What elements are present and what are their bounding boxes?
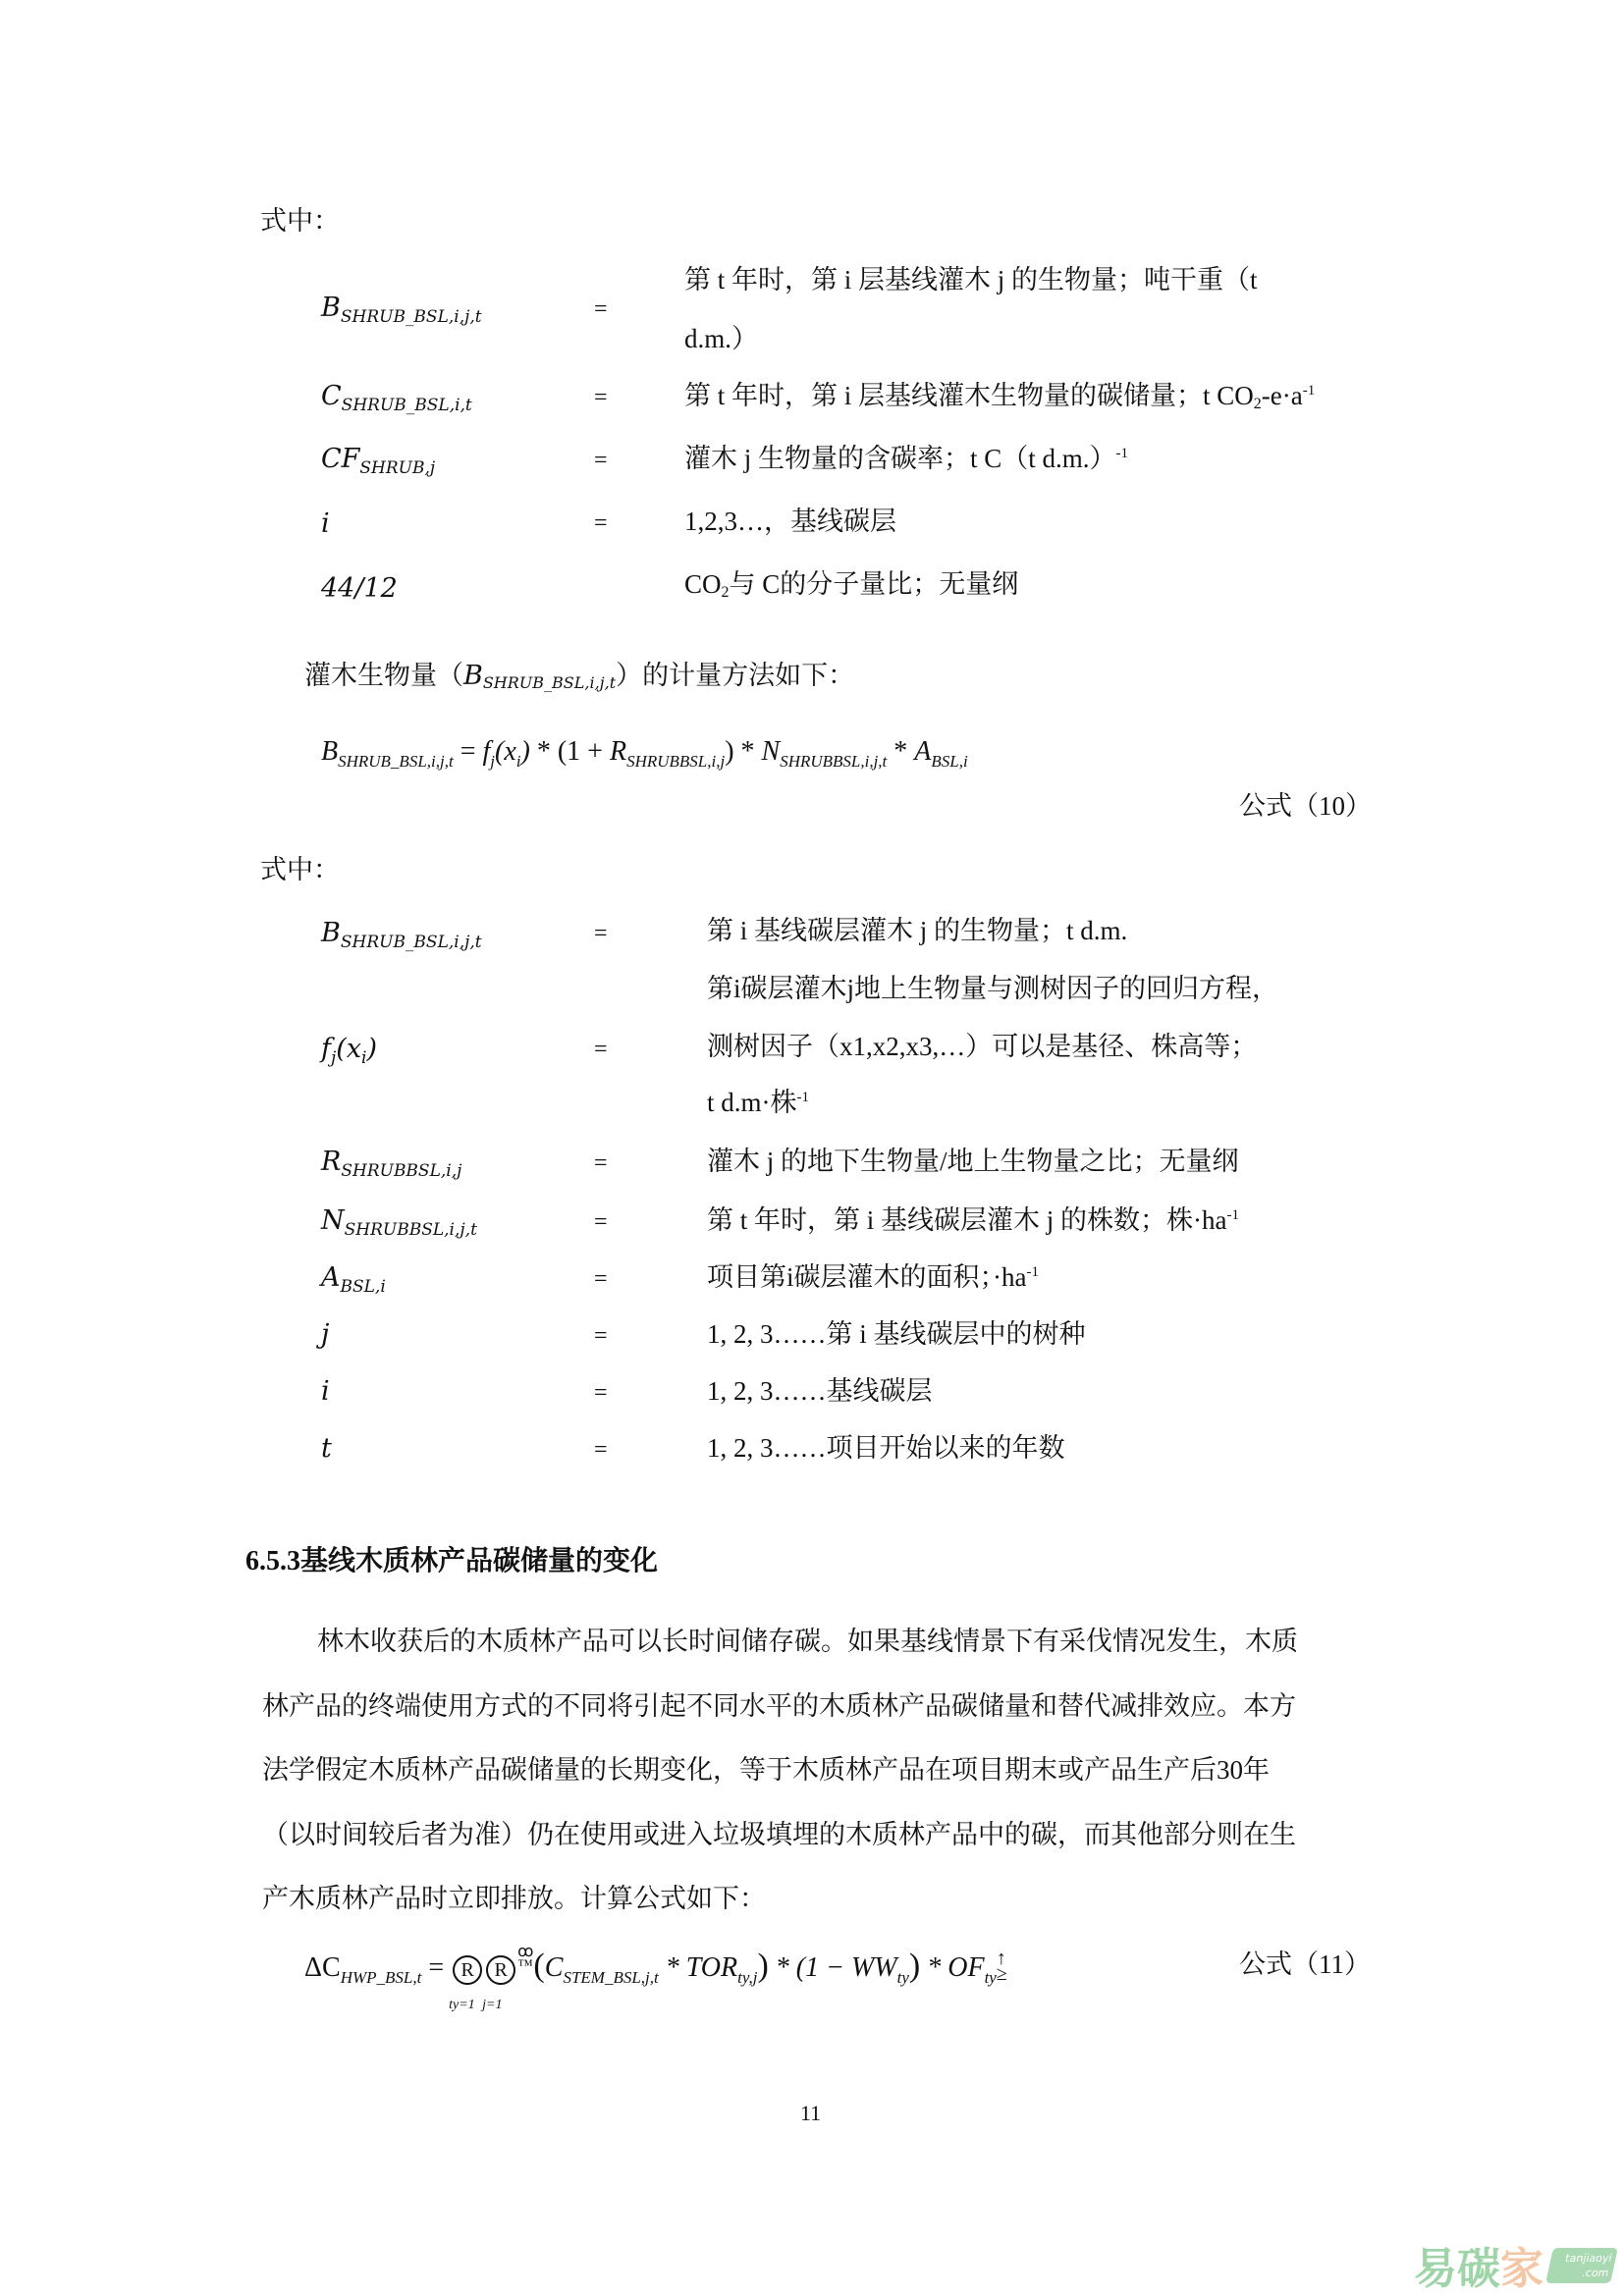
symbol-root-shoot-ratio: RSHRUBBSL,i,j — [321, 1147, 461, 1181]
tor-symbol: * TOR — [659, 1952, 737, 1983]
definition-main: 第 t 年时，第 i 基线碳层灌木 j 的株数；株·ha — [707, 1205, 1226, 1235]
definition-tail: -e·a — [1262, 381, 1303, 410]
section-paragraph: 林木收获后的木质林产品可以长时间储存碳。如果基线情景下有采伐情况发生，木质 林产… — [262, 1610, 1381, 1932]
operator: * — [887, 736, 914, 767]
count-symbol: N — [762, 736, 781, 767]
paragraph-line: （以时间较后者为准）仍在使用或进入垃圾填埋的木质林产品中的碳，而其他部分则在生 — [262, 1803, 1381, 1868]
tor-subscript: ty,j — [737, 1968, 757, 1987]
definition-text: 第 t 年时，第 i 基线碳层灌木 j 的株数；株·ha-1 — [707, 1207, 1239, 1234]
equals-sign: = — [594, 1323, 608, 1350]
badge-line-1: tanjiaoyi — [1549, 2251, 1613, 2266]
symbol-subscript: SHRUBBSL,i,j — [341, 1161, 461, 1181]
definition-subscript: 2 — [1254, 396, 1262, 412]
paragraph-line: 林木收获后的木质林产品可以长时间储存碳。如果基线情景下有采伐情况发生，木质 — [262, 1610, 1381, 1675]
garbled-glyph: ꝏ™ — [517, 1946, 533, 1973]
definition-superscript: -1 — [797, 1090, 810, 1105]
arg-close: ) — [366, 1034, 377, 1064]
intro-after: ）的计量方法如下： — [616, 661, 854, 690]
definition-text: 1, 2, 3……第 i 基线碳层中的树种 — [707, 1321, 1086, 1348]
area-subscript: BSL,i — [931, 752, 967, 771]
operator: ) * — [725, 736, 761, 767]
definition-text: CO2与 C的分子量比；无量纲 — [684, 571, 1018, 601]
symbol-plant-count: NSHRUBBSL,i,j,t — [321, 1205, 477, 1240]
paragraph-line: 林产品的终端使用方式的不同将引起不同水平的木质林产品碳储量和替代减排效应。本方 — [262, 1675, 1381, 1739]
symbol-subscript: SHRUB,j — [359, 458, 435, 478]
page-number: 11 — [800, 2101, 821, 2126]
paren-close: ) — [909, 1948, 920, 1984]
sum-glyph: R — [494, 1959, 507, 1981]
definition-text: 第 t 年时，第 i 层基线灌木生物量的碳储量；t CO2-e·a-1 — [684, 383, 1315, 412]
paren-close: ) — [757, 1948, 768, 1984]
symbol-subscript: SHRUB_BSL,i,t — [342, 396, 472, 415]
intro-symbol: BSHRUB_BSL,i,j,t — [463, 661, 616, 691]
symbol-subscript: SHRUB_BSL,i,j,t — [341, 307, 482, 327]
definition-text: 灌木 j 的地下生物量/地上生物量之比；无量纲 — [707, 1148, 1239, 1175]
paragraph-line-text: 林木收获后的木质林产品可以长时间储存碳。如果基线情景下有采伐情况发生，木质 — [317, 1627, 1298, 1656]
equals-sign: = — [454, 736, 483, 767]
definition-text: 第 i 基线碳层灌木 j 的生物量；t d.m. — [707, 918, 1127, 944]
symbol-cf-shrub: CFSHRUB,j — [321, 444, 435, 478]
formula-11-label: 公式（11） — [1239, 1951, 1371, 1978]
symbol-main: C — [321, 381, 342, 411]
definition-superscript: -1 — [1226, 1207, 1239, 1223]
definition-text: 项目第i碳层灌木的面积；·ha-1 — [707, 1264, 1039, 1291]
symbol-main: A — [321, 1262, 341, 1293]
definition-text: 1,2,3…，基线碳层 — [684, 508, 896, 535]
of-symbol: * OF — [920, 1952, 984, 1983]
definition-text: 1, 2, 3……基线碳层 — [707, 1378, 933, 1405]
symbol-main: N — [321, 1205, 345, 1236]
watermark-logo: 易碳家 — [1414, 2233, 1543, 2296]
stem-carbon-symbol: C — [545, 1952, 564, 1983]
watermark-char-3: 家 — [1500, 2244, 1543, 2294]
arg-close: ) — [521, 736, 530, 767]
lhs-subscript: SHRUB_BSL,i,j,t — [338, 752, 454, 771]
paragraph-line: 法学假定木质林产品碳储量的长期变化，等于木质林产品在项目期末或产品生产后30年 — [262, 1738, 1381, 1803]
equals-sign: = — [594, 1037, 608, 1063]
equals-sign: = — [421, 1952, 451, 1983]
equals-sign: = — [594, 1209, 608, 1236]
symbol-main: B — [321, 918, 341, 948]
symbol-t: t — [321, 1433, 332, 1464]
definition-text-cont: d.m.） — [684, 326, 758, 352]
ww-symbol: * (1 − WW — [769, 1952, 897, 1983]
count-subscript: SHRUBBSL,i,j,t — [780, 752, 887, 771]
definition-main: 项目第i碳层灌木的面积；·ha — [707, 1262, 1026, 1292]
symbol-i: i — [321, 508, 330, 539]
arg-symbol: (x — [336, 1034, 361, 1064]
symbol-area: ABSL,i — [321, 1262, 386, 1297]
garbled-bottom: ™ — [517, 1957, 533, 1974]
equals-sign: = — [594, 448, 608, 474]
equals-sign: = — [594, 1150, 608, 1177]
sum-lower-limit: j=1 — [482, 1993, 502, 2018]
badge-line-2: .com — [1546, 2266, 1610, 2280]
definition-main: CO — [684, 569, 722, 599]
symbol-main: f — [321, 1034, 331, 1064]
paragraph-line: 产木质林产品时立即排放。计算公式如下： — [262, 1867, 1381, 1932]
garbled-tail: ↑≥ — [997, 1950, 1007, 1982]
area-symbol: A — [914, 736, 931, 767]
ww-subscript: ty — [897, 1968, 909, 1987]
equals-sign: = — [594, 296, 608, 323]
definition-text: 第 t 年时，第 i 层基线灌木 j 的生物量；吨干重（t — [684, 267, 1258, 294]
definition-subscript: 2 — [722, 584, 730, 601]
intro-before: 灌木生物量（ — [304, 661, 463, 690]
symbol-subscript: SHRUB_BSL,i,j,t — [341, 933, 482, 952]
definition-main: t d.m·株 — [707, 1088, 797, 1117]
symbol-subscript: SHRUBBSL,i,j,t — [345, 1220, 477, 1240]
greater-equal-glyph: ≥ — [997, 1963, 1007, 1985]
definition-text: 1, 2, 3……项目开始以来的年数 — [707, 1435, 1065, 1462]
symbol-regression-function: fj(xi) — [321, 1034, 377, 1068]
equals-sign: = — [594, 1380, 608, 1407]
symbol-ratio-44-12: 44/12 — [321, 573, 398, 604]
symbol-i: i — [321, 1376, 330, 1407]
section-heading: 6.5.3基线木质林产品碳储量的变化 — [245, 1539, 658, 1578]
symbol-c-shrub: CSHRUB_BSL,i,t — [321, 381, 472, 415]
formula-10-label: 公式（10） — [1239, 793, 1372, 820]
equals-sign: = — [594, 510, 608, 537]
symbol-main: R — [321, 1147, 341, 1177]
symbol-b-shrub: BSHRUB_BSL,i,j,t — [321, 293, 482, 327]
formula-10: BSHRUB_BSL,i,j,t = fj(xi) * (1 + RSHRUBB… — [321, 736, 968, 772]
definition-superscript: -1 — [1026, 1264, 1039, 1280]
operator: * (1 + — [530, 736, 610, 767]
symbol-subscript: SHRUB_BSL,i,j,t — [483, 673, 616, 692]
equals-sign: = — [594, 1437, 608, 1464]
watermark-char-2: 碳 — [1457, 2244, 1500, 2294]
definition-tail: 与 C的分子量比；无量纲 — [730, 569, 1019, 599]
of-subscript: ty — [985, 1968, 997, 1987]
definition-text: 灌木 j 生物量的含碳率；t C（t d.m.）-1 — [684, 446, 1128, 472]
symbol-j: j — [321, 1319, 329, 1350]
stem-carbon-subscript: STEM_BSL,j,t — [563, 1968, 658, 1987]
symbol-subscript: BSL,i — [341, 1277, 386, 1297]
formula-11: ΔCHWP_BSL,t = Rty=1Rj=1ꝏ™(CSTEM_BSL,j,t … — [304, 1946, 1007, 1988]
equals-sign: = — [594, 1266, 608, 1293]
lhs-symbol: B — [321, 736, 338, 767]
arg-symbol: (x — [495, 736, 516, 767]
definition-main: 第 t 年时，第 i 层基线灌木生物量的碳储量；t CO — [684, 381, 1254, 410]
paren-open: ( — [533, 1948, 544, 1984]
summation-ty-icon: Rty=1 — [453, 1955, 482, 1985]
definition-superscript: -1 — [1303, 383, 1316, 399]
summation-j-icon: Rj=1 — [486, 1955, 515, 1985]
definition-superscript: -1 — [1116, 446, 1129, 461]
symbol-main: B — [321, 293, 341, 323]
definition-text-line3: t d.m·株-1 — [707, 1090, 809, 1116]
definition-text-line2: 测树因子（x1,x2,x3,…）可以是基径、株高等； — [707, 1034, 1257, 1060]
symbol-main: CF — [321, 444, 359, 474]
ratio-subscript: SHRUBBSL,i,j — [626, 752, 725, 771]
symbol-main: B — [463, 661, 483, 691]
lhs-subscript: HWP_BSL,t — [341, 1968, 422, 1987]
symbol-b-shrub: BSHRUB_BSL,i,j,t — [321, 918, 482, 952]
definition-main: 灌木 j 生物量的含碳率；t C（t d.m.） — [684, 444, 1116, 473]
ratio-symbol: R — [610, 736, 626, 767]
delta-c-symbol: ΔC — [304, 1952, 341, 1983]
sum-glyph: R — [460, 1959, 473, 1981]
where-label-1: 式中： — [260, 208, 340, 235]
watermark-badge: tanjiaoyi .com — [1545, 2248, 1618, 2283]
watermark-char-1: 易 — [1414, 2244, 1457, 2294]
shrub-biomass-intro: 灌木生物量（BSHRUB_BSL,i,j,t）的计量方法如下： — [304, 663, 854, 691]
equals-sign: = — [594, 385, 608, 411]
where-label-2: 式中： — [260, 857, 340, 883]
sum-lower-limit: ty=1 — [449, 1993, 475, 2018]
equals-sign: = — [594, 921, 608, 947]
definition-text-line1: 第i碳层灌木j地上生物量与测树因子的回归方程， — [707, 976, 1278, 1002]
